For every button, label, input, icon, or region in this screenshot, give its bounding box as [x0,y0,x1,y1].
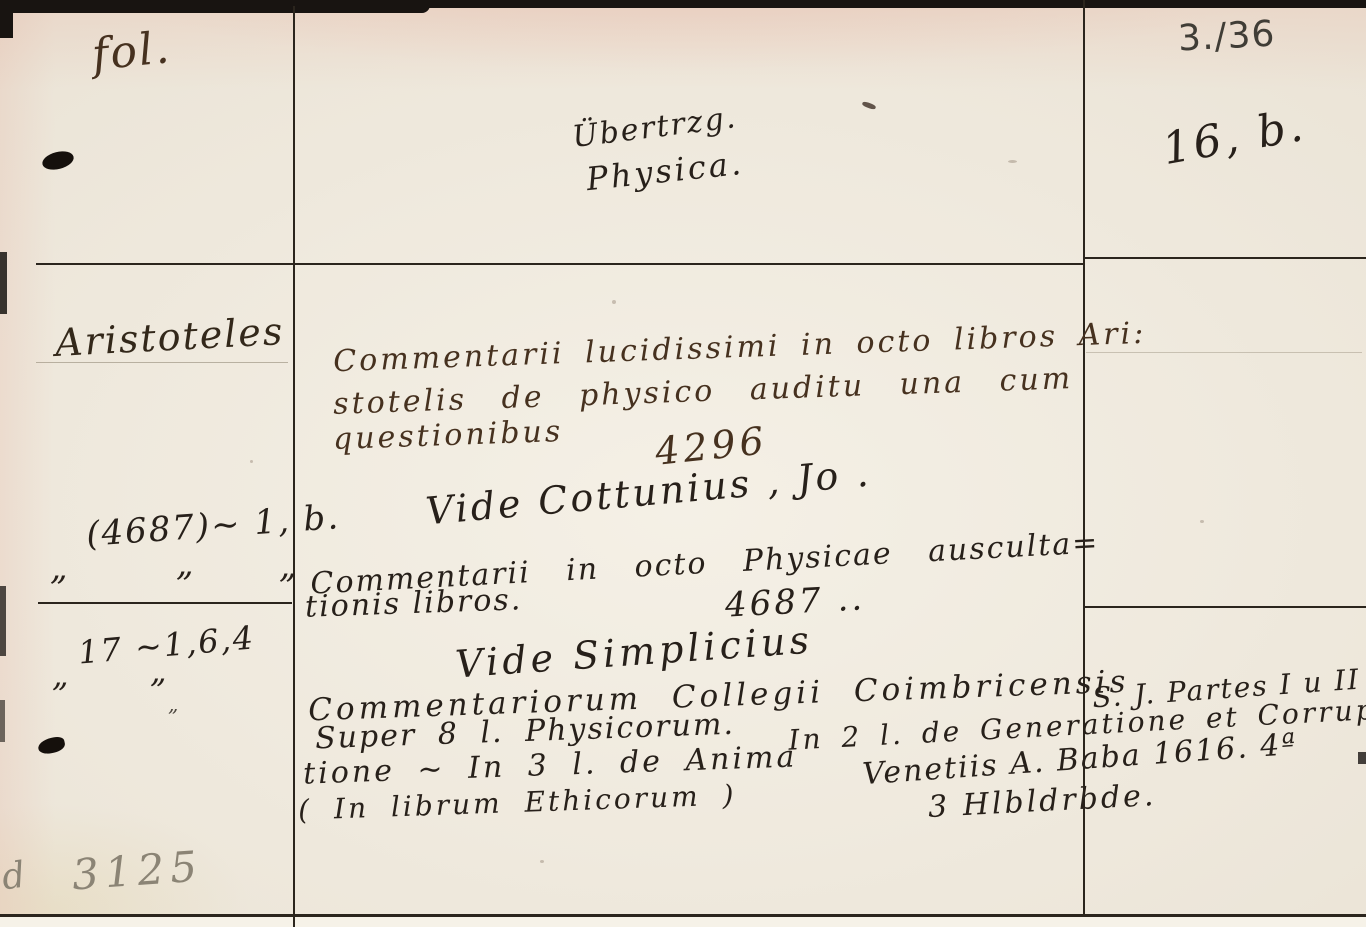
ditto-mark: „ [168,692,178,716]
rule-faint-right-cell [1086,352,1362,353]
edge-pencil-mark: d [0,855,28,899]
rule-horizontal-bottom [0,914,1366,917]
scan-edge-left-mark3 [0,700,5,742]
rule-horizontal-top-left [36,263,1085,265]
ditto-mark: „ [279,546,297,586]
rule-vertical-right [1083,0,1085,916]
paper-speck [1200,520,1204,523]
scan-edge-left-mark2 [0,586,6,656]
entry1-title-line3: questionibus [332,414,563,457]
accession-number: 3125 [70,841,204,899]
scan-edge-right-mark [1358,752,1366,764]
punch-hole-top [40,148,75,172]
paper-speck [540,860,544,863]
punch-hole-bottom [37,735,67,755]
ditto-mark: „ [52,656,69,694]
scan-edge-bottom-strip [0,917,1366,927]
folio-format-label: fol. [90,22,174,81]
rule-horizontal-mid-left [38,602,292,604]
subject-heading-line2: Physica. [584,144,745,198]
ditto-mark: „ [50,548,68,588]
paper-speck [250,460,253,463]
rule-horizontal-top-right [1083,257,1366,259]
ditto-mark: „ [176,544,194,584]
rule-vertical-left [293,6,295,927]
catalog-card: fol. Übertrzg. Physica. 3./36 16, b. Ari… [0,0,1366,927]
scan-edge-left-mark1 [0,252,7,314]
shelfmark-ink: 16, b. [1159,100,1310,175]
shelfmark-pencil: 3./36 [1177,13,1276,59]
ditto-mark: „ [150,652,167,690]
paper-speck [1008,160,1017,163]
scan-edge-corner [0,0,13,38]
paper-speck [862,101,877,110]
paper-speck [612,300,616,304]
scan-edge-top-thick [0,0,430,13]
rule-horizontal-mid-right [1085,606,1366,608]
author-name: Aristoteles [54,309,285,365]
entry2-title-line2: tionis libros. [304,582,522,625]
entry1-cross-reference: Vide Cottunius , Jo . [424,451,873,534]
entry2-shelf-number: (4687)~ 1, b. [85,497,341,555]
